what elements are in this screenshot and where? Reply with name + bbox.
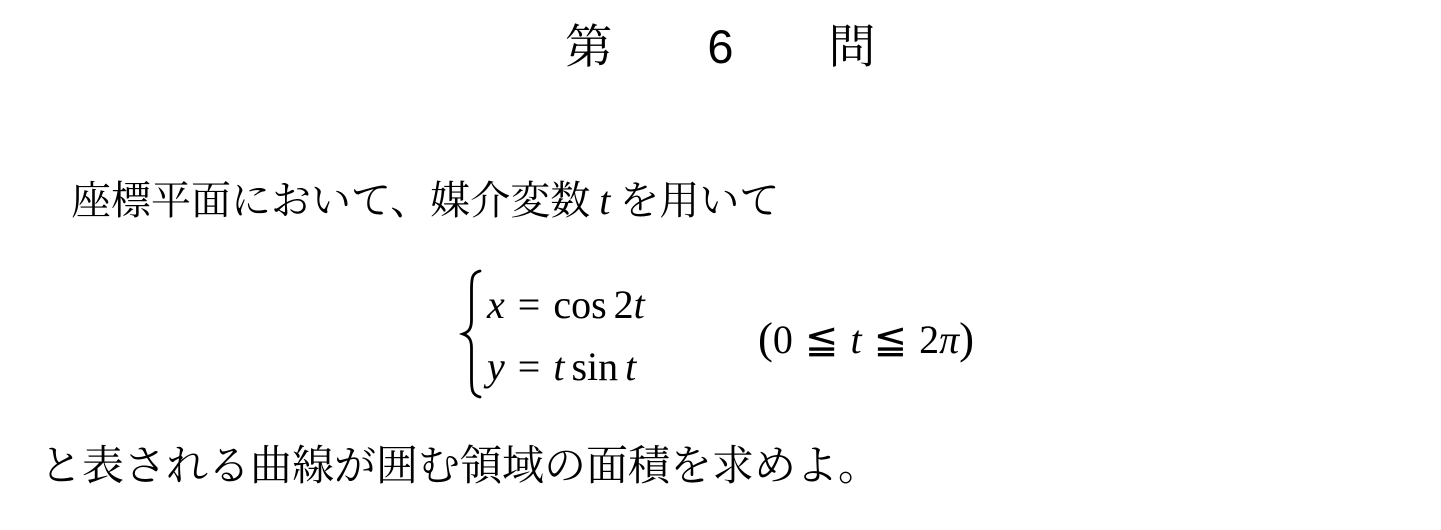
equation-x: x=cos2t — [487, 283, 645, 327]
eq-x-equals-sign: = — [518, 282, 541, 327]
domain-upper-coefficient: 2 — [919, 317, 939, 362]
eq-y-function-sin: sin — [571, 344, 618, 389]
domain-leq-symbol-1: ≦ — [805, 317, 839, 362]
system-left-brace-icon — [458, 269, 484, 399]
domain-upper-pi: π — [939, 317, 959, 362]
domain-open-paren: ( — [758, 313, 773, 363]
outro-sentence: と表される曲線が囲む領域の面積を求めよ。 — [40, 441, 880, 494]
eq-x-lhs: x — [487, 282, 505, 327]
domain-condition: (0≦t≦2π) — [758, 311, 974, 367]
intro-text-before: 座標平面において、媒介変数 — [71, 178, 590, 223]
eq-y-equals-sign: = — [518, 344, 541, 389]
eq-x-function-cos: cos — [553, 282, 606, 327]
eq-y-lhs: y — [487, 344, 505, 389]
intro-text-after: を用いて — [619, 178, 779, 223]
intro-sentence: 座標平面において、媒介変数tを用いて — [71, 176, 779, 226]
domain-variable: t — [850, 317, 861, 362]
eq-x-argument: t — [634, 282, 645, 327]
domain-lower-bound: 0 — [773, 317, 793, 362]
domain-close-paren: ) — [959, 313, 974, 363]
parameter-variable: t — [599, 178, 610, 223]
domain-leq-symbol-2: ≦ — [874, 317, 908, 362]
eq-y-factor: t — [553, 344, 564, 389]
equation-y: y=tsint — [487, 345, 636, 389]
problem-title: 第 6 問 — [0, 23, 1441, 70]
eq-x-coefficient: 2 — [614, 282, 634, 327]
math-problem-page: 第 6 問 座標平面において、媒介変数tを用いて x=cos2t y=tsint… — [0, 0, 1441, 530]
eq-y-argument: t — [625, 344, 636, 389]
